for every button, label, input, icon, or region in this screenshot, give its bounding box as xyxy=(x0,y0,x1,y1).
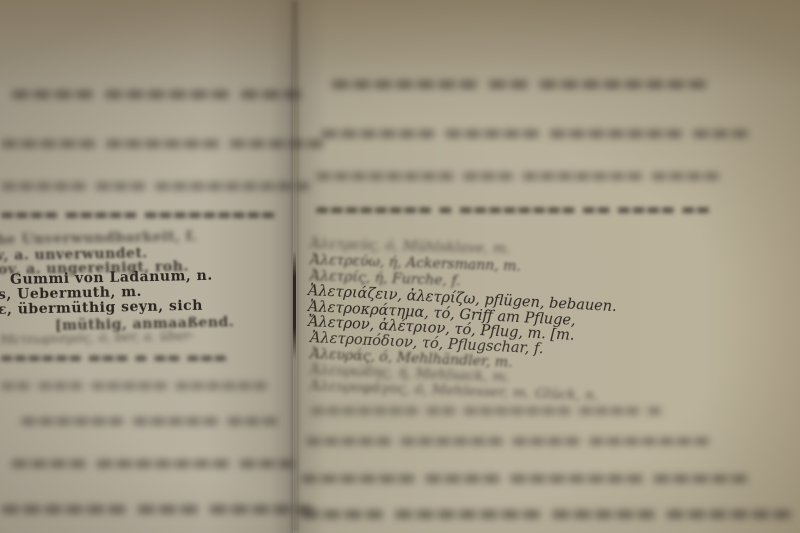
blur-line: ▬▬▬▬▬▬▬ ▬▬ ▬▬▬▬▬▬▬ ▬▬▬▬ ▬ xyxy=(310,400,662,419)
blur-line: ▬▬▬▬ ▬▬▬▬▬ ▬▬▬▬▬▬▬▬▬ xyxy=(0,205,276,223)
blur-line: ▬▬ ▬▬▬ ▬▬▬▬▬ ▬▬▬▬▬▬ xyxy=(0,375,268,394)
blur-line: ▬▬▬▬▬▬ ▬▬▬▬▬ ▬▬▬ xyxy=(20,410,279,431)
blur-line: ▬▬▬▬▬▬ ▬▬▬▬▬ ▬▬▬▬▬▬▬ ▬▬▬ xyxy=(320,120,750,144)
blur-line: ▬▬▬▬▬▬ ▬▬▬▬ ▬▬▬▬▬▬▬ ▬▬▬▬▬ xyxy=(300,465,749,489)
blur-line: ▬▬▬▬▬▬▬ ▬▬ ▬▬▬▬▬▬▬▬ xyxy=(330,70,708,96)
blur-line: ▬▬▬▬▬▬ ▬▬▬ ▬ ▬▬ ▬▬▬ xyxy=(0,350,227,366)
blur-line: ▬▬▬▬▬▬ ▬▬▬ ▬▬▬▬▬ xyxy=(0,495,314,521)
book-photo: ▬▬▬▬ ▬▬▬▬▬▬ ▬▬▬ ▬▬▬▬▬▬▬ ▬▬ ▬▬▬▬▬▬▬▬ ▬▬▬▬… xyxy=(0,0,800,533)
blur-line: ▬▬▬▬▬ ▬▬▬▬▬▬ ▬▬▬▬▬ xyxy=(0,130,325,154)
blur-line: ▬▬▬▬▬ ▬▬▬ ▬▬▬▬▬▬▬▬▬ xyxy=(0,175,311,196)
blur-line: ▬▬▬▬ ▬▬▬▬▬▬▬ ▬▬▬▬▬ ▬▬▬▬▬▬ xyxy=(300,500,793,526)
blur-line: ▬▬▬▬▬▬▬▬ ▬ ▬▬▬▬▬▬▬▬ ▬▬ ▬▬▬▬ ▬▬ xyxy=(315,200,710,218)
blur-line: ▬▬▬▬▬▬▬▬ ▬▬▬ ▬▬▬▬▬▬▬ ▬▬▬▬ xyxy=(315,165,720,186)
blur-line: ▬▬▬▬ ▬▬▬▬▬▬ ▬▬▬ xyxy=(10,80,303,106)
blur-line: ▬▬▬▬ ▬▬▬▬▬▬▬ ▬▬▬ xyxy=(10,450,296,474)
spine-gutter-line xyxy=(293,250,296,360)
blur-line: ▬▬▬▬▬ ▬▬▬▬▬▬ ▬▬▬▬ ▬▬▬▬▬▬▬ xyxy=(305,430,710,451)
